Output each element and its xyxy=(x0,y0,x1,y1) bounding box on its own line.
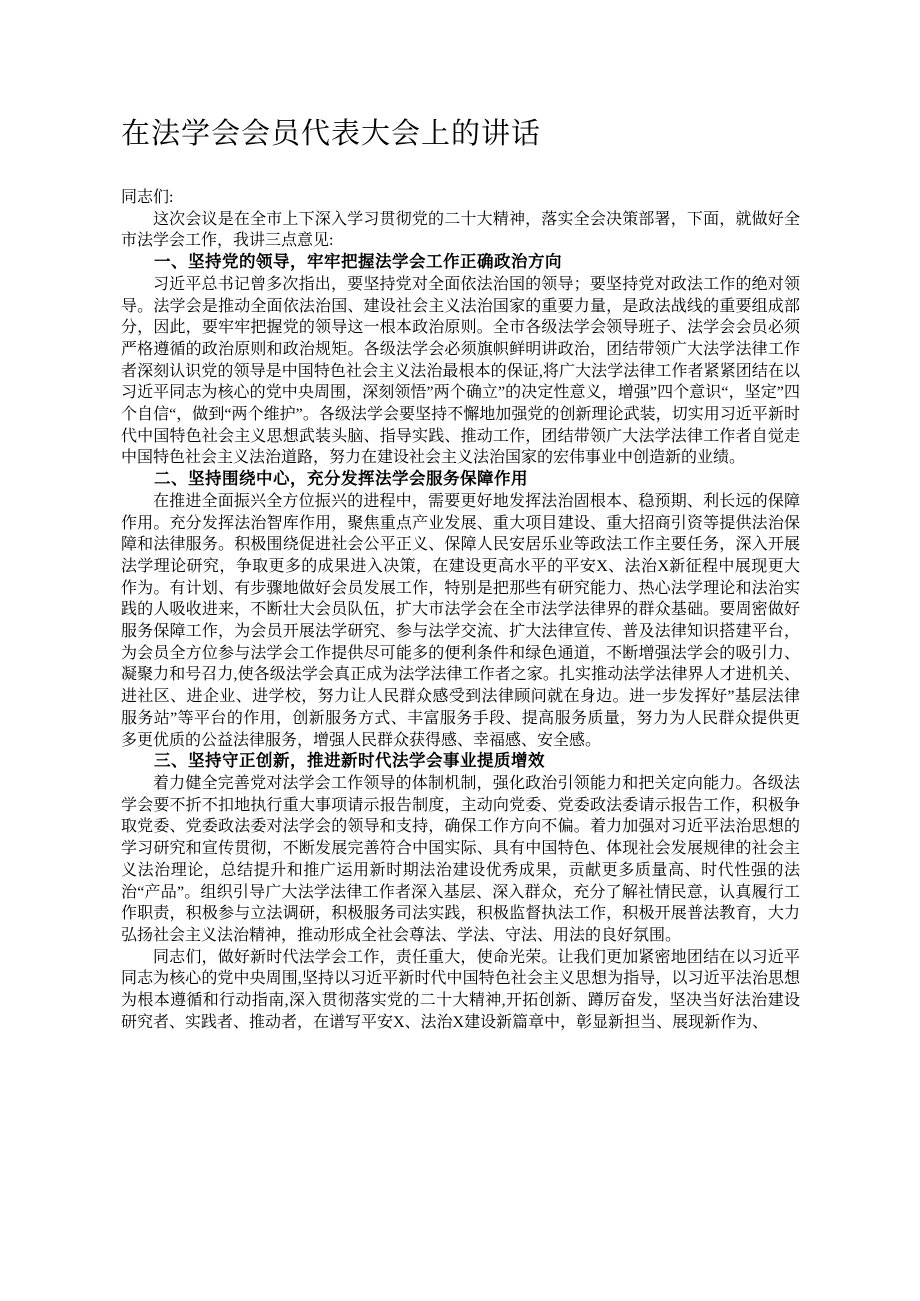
section-3-heading: 三、坚持守正创新，推进新时代法学会事业提质增效 xyxy=(121,751,800,773)
intro-paragraph: 这次会议是在全市上下深入学习贯彻党的二十大精神，落实全会决策部署，下面，就做好全… xyxy=(121,209,800,252)
section-1-body: 习近平总书记曾多次指出，要坚持党对全面依法治国的领导；要坚持党对政法工作的绝对领… xyxy=(121,274,800,469)
document-page: 在法学会会员代表大会上的讲话 同志们: 这次会议是在全市上下深入学习贯彻党的二十… xyxy=(121,114,800,1033)
section-1-heading: 一、坚持党的领导，牢牢把握法学会工作正确政治方向 xyxy=(121,252,800,274)
salutation: 同志们: xyxy=(121,187,800,209)
closing-paragraph: 同志们，做好新时代法学会工作，责任重大，使命光荣。让我们更加紧密地团结在以习近平… xyxy=(121,947,800,1034)
section-3-body: 着力健全完善党对法学会工作领导的体制机制，强化政治引领能力和把关定向能力。各级法… xyxy=(121,773,800,947)
document-title: 在法学会会员代表大会上的讲话 xyxy=(121,114,800,154)
section-2-heading: 二、坚持围绕中心，充分发挥法学会服务保障作用 xyxy=(121,469,800,491)
section-2-body: 在推进全面振兴全方位振兴的进程中，需要更好地发挥法治固根本、稳预期、利长远的保障… xyxy=(121,491,800,751)
